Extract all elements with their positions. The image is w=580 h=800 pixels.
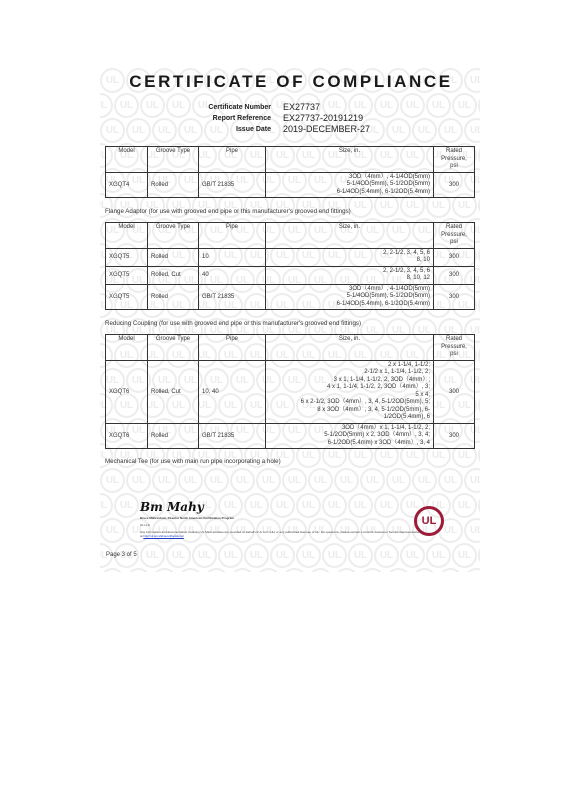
cell-pressure: 300 <box>434 423 475 449</box>
cell-size: 3OD（4mm）, 4-1/4OD(5mm)5-1/4OD(5mm), 5-1/… <box>266 284 434 310</box>
certificate-meta: Certificate NumberEX27737Report Referenc… <box>176 102 474 135</box>
signature-block: Bm Mahy Bruce Mahrenholz, Director North… <box>140 500 420 538</box>
cell-groove: Rolled, Cut <box>148 360 199 423</box>
cell-size: 2, 2-1/2, 3, 4, 5, 68, 10, 12 <box>266 266 434 284</box>
signature-image: Bm Mahy <box>140 500 420 514</box>
table-row: XGQT5Rolled, Cut402, 2-1/2, 3, 4, 5, 68,… <box>106 266 475 284</box>
cell-pressure: 300 <box>434 172 475 198</box>
column-header-groove: Groove Type <box>148 335 199 361</box>
cell-pipe: 10, 40 <box>199 360 266 423</box>
cell-pressure: 300 <box>434 248 475 266</box>
cell-groove: Rolled <box>148 423 199 449</box>
meta-label: Issue Date <box>176 124 271 135</box>
cell-model: XGQT4 <box>106 172 148 198</box>
column-header-size: Size, in. <box>266 335 434 361</box>
table-row: XGQT4RolledGB/T 218353OD（4mm）, 4-1/4OD(5… <box>106 172 475 198</box>
table-row: XGQT6RolledGB/T 218353OD（4mm）x 1, 1-1/4,… <box>106 423 475 449</box>
cell-groove: Rolled <box>148 284 199 310</box>
ul-watermark-icon: UL <box>478 493 480 518</box>
signatory-org: UL LLC <box>140 523 420 527</box>
table-row: XGQT5RolledGB/T 218353OD（4mm）, 4-1/4OD(5… <box>106 284 475 310</box>
ul-watermark-icon: UL <box>478 393 480 418</box>
cell-groove: Rolled, Cut <box>148 266 199 284</box>
column-header-size: Size, in. <box>266 223 434 249</box>
column-header-pipe: Pipe <box>199 335 266 361</box>
ul-watermark-icon: UL <box>478 193 480 218</box>
ul-logo-icon: UL <box>414 506 444 536</box>
table-row: XGQT5Rolled102, 2-1/2, 3, 4, 5, 68, 1030… <box>106 248 475 266</box>
ul-watermark-icon: UL <box>478 443 480 468</box>
column-header-model: Model <box>106 335 148 361</box>
cell-size: 2, 2-1/2, 3, 4, 5, 68, 10 <box>266 248 434 266</box>
ul-watermark-icon: UL <box>478 293 480 318</box>
section-heading: Flange Adaptor (for use with grooved end… <box>105 208 474 215</box>
column-header-pressure: Rated Pressure, psi <box>434 147 475 173</box>
certificate-page: CERTIFICATE OF COMPLIANCE Certificate Nu… <box>108 72 474 572</box>
column-header-groove: Groove Type <box>148 223 199 249</box>
column-header-pressure: Rated Pressure, psi <box>434 223 475 249</box>
cell-model: XGQT6 <box>106 360 148 423</box>
compliance-table: ModelGroove TypePipeSize, in.Rated Press… <box>105 222 475 310</box>
cell-pipe: GB/T 21835 <box>199 284 266 310</box>
cell-size: 2 x 1-1/4, 1-1/2;2-1/2 x 1, 1-1/4, 1-1/2… <box>266 360 434 423</box>
cell-pipe: 10 <box>199 248 266 266</box>
cell-groove: Rolled <box>148 248 199 266</box>
ul-watermark-icon: UL <box>478 243 480 268</box>
cell-size: 3OD（4mm）x 1, 1-1/4, 1-1/2, 2;5-1/2OD(5mm… <box>266 423 434 449</box>
meta-value: EX27737-20191219 <box>283 113 474 124</box>
column-header-pipe: Pipe <box>199 147 266 173</box>
column-header-pressure: Rated Pressure, psi <box>434 335 475 361</box>
column-header-groove: Groove Type <box>148 147 199 173</box>
meta-label: Report Reference <box>176 113 271 124</box>
compliance-table: ModelGroove TypePipeSize, in.Rated Press… <box>105 146 475 198</box>
page-number: Page 3 of 5 <box>106 552 137 558</box>
tables-container: ModelGroove TypePipeSize, in.Rated Press… <box>108 146 474 449</box>
column-header-size: Size, in. <box>266 147 434 173</box>
cell-model: XGQT5 <box>106 266 148 284</box>
meta-value: 2019-DECEMBER-27 <box>283 124 474 135</box>
cell-pressure: 300 <box>434 266 475 284</box>
meta-value: EX27737 <box>283 102 474 113</box>
meta-label: Certificate Number <box>176 102 271 113</box>
disclaimer-text: Any information and documentation involv… <box>140 530 420 538</box>
ul-watermark-icon: UL <box>478 143 480 168</box>
cell-groove: Rolled <box>148 172 199 198</box>
table-row: XGQT6Rolled, Cut10, 402 x 1-1/4, 1-1/2;2… <box>106 360 475 423</box>
ul-watermark-icon: UL <box>478 93 480 118</box>
ul-watermark-icon: UL <box>478 343 480 368</box>
document-title: CERTIFICATE OF COMPLIANCE <box>108 72 474 92</box>
section-mechanical-tee: Mechanical Tee (for use with main run pi… <box>105 458 474 465</box>
cell-pressure: 300 <box>434 360 475 423</box>
column-header-model: Model <box>106 223 148 249</box>
cell-pipe: 40 <box>199 266 266 284</box>
cell-pressure: 300 <box>434 284 475 310</box>
cell-model: XGQT6 <box>106 423 148 449</box>
compliance-table: ModelGroove TypePipeSize, in.Rated Press… <box>105 334 475 449</box>
cell-size: 3OD（4mm）, 4-1/4OD(5mm)5-1/4OD(5mm), 5-1/… <box>266 172 434 198</box>
signatory-name: Bruce Mahrenholz, Director North America… <box>140 516 420 520</box>
cell-pipe: GB/T 21835 <box>199 423 266 449</box>
section-heading: Reducing Coupling (for use with grooved … <box>105 320 474 327</box>
ul-watermark-icon: UL <box>478 543 480 568</box>
cell-model: XGQT5 <box>106 284 148 310</box>
cell-model: XGQT5 <box>106 248 148 266</box>
locations-link[interactable]: http://ul.com/aboutul/locations/ <box>143 534 184 538</box>
cell-pipe: GB/T 21835 <box>199 172 266 198</box>
column-header-model: Model <box>106 147 148 173</box>
column-header-pipe: Pipe <box>199 223 266 249</box>
